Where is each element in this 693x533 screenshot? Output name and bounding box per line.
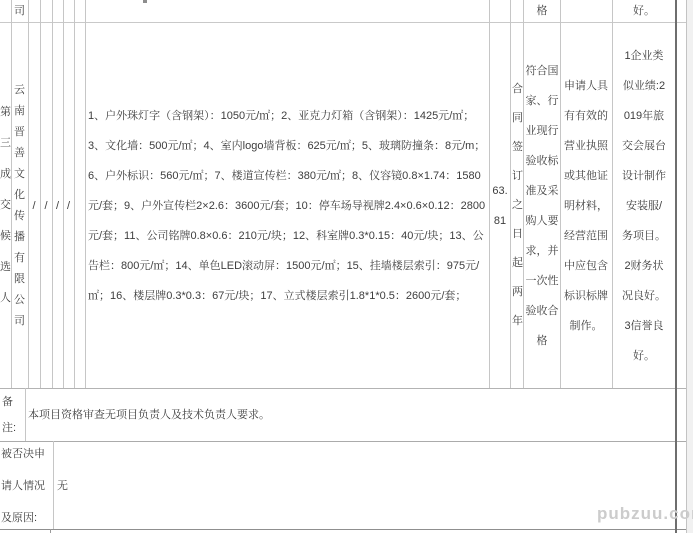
prev-quality-fragment: 格 [524,0,560,22]
column-divider [52,0,53,388]
column-divider [85,0,86,388]
score-cell-1: / [28,23,40,388]
clipped-text-fragment [143,0,147,3]
score-cell-3: / [52,23,63,388]
quote-detail-cell: 1、户外珠灯字（含钢架）：1050元/㎡；2、亚克力灯箱（含钢架）：1425元/… [88,23,487,388]
row-divider [0,22,687,23]
column-divider [510,0,511,388]
prev-supplier-fragment: 司 [11,0,28,22]
row-divider [0,441,687,442]
result-announcement-table: 司 格 好。 第三成交候选人 云南晋善文化传播有限公司 / / / / 1、户外… [0,0,693,533]
performance-cell: 1企业类似业绩:2019年旅交会展台设计制作安装服/务项目。2财务状况良好。3信… [621,23,667,388]
qualification-cell: 申请人具有有效的营业执照或其他证明材料，经营范围中应包含标识标牌制作。 [563,23,609,388]
candidate-rank-cell: 第三成交候选人 [0,23,11,388]
score-cell-4: / [63,23,74,388]
column-divider [612,0,613,388]
rejected-content-cell: 无 [57,442,672,529]
column-divider [74,0,75,388]
quote-price-cell: 63.81 [490,23,510,388]
column-divider [489,0,490,388]
column-divider [40,0,41,388]
column-divider [11,0,12,388]
column-divider [523,0,524,388]
candidate-supplier-cell: 云南晋善文化传播有限公司 [11,23,28,388]
column-divider [50,529,51,533]
column-divider [53,441,54,529]
table-right-border [675,0,677,533]
column-divider [25,388,26,441]
row-divider [0,388,687,389]
column-divider [28,0,29,388]
notes-content-cell: 本项目资格审查无项目负责人及技术负责人要求。 [28,389,673,441]
notes-label-cell: 备注: [2,389,23,441]
row-divider [0,529,687,530]
page-margin [687,0,693,533]
watermark-text: pubzuu.com [597,504,693,524]
column-divider [560,0,561,388]
score-cell-5 [74,23,85,388]
score-cell-2: / [40,23,52,388]
rejected-label-cell: 被否决申请人情况及原因: [1,442,49,529]
remark-cell [677,23,686,388]
column-divider [63,0,64,388]
quality-requirement-cell: 符合国家、行业现行验收标准及采购人要求，并一次性验收合格 [525,23,559,388]
prev-performance-fragment: 好。 [612,0,676,22]
